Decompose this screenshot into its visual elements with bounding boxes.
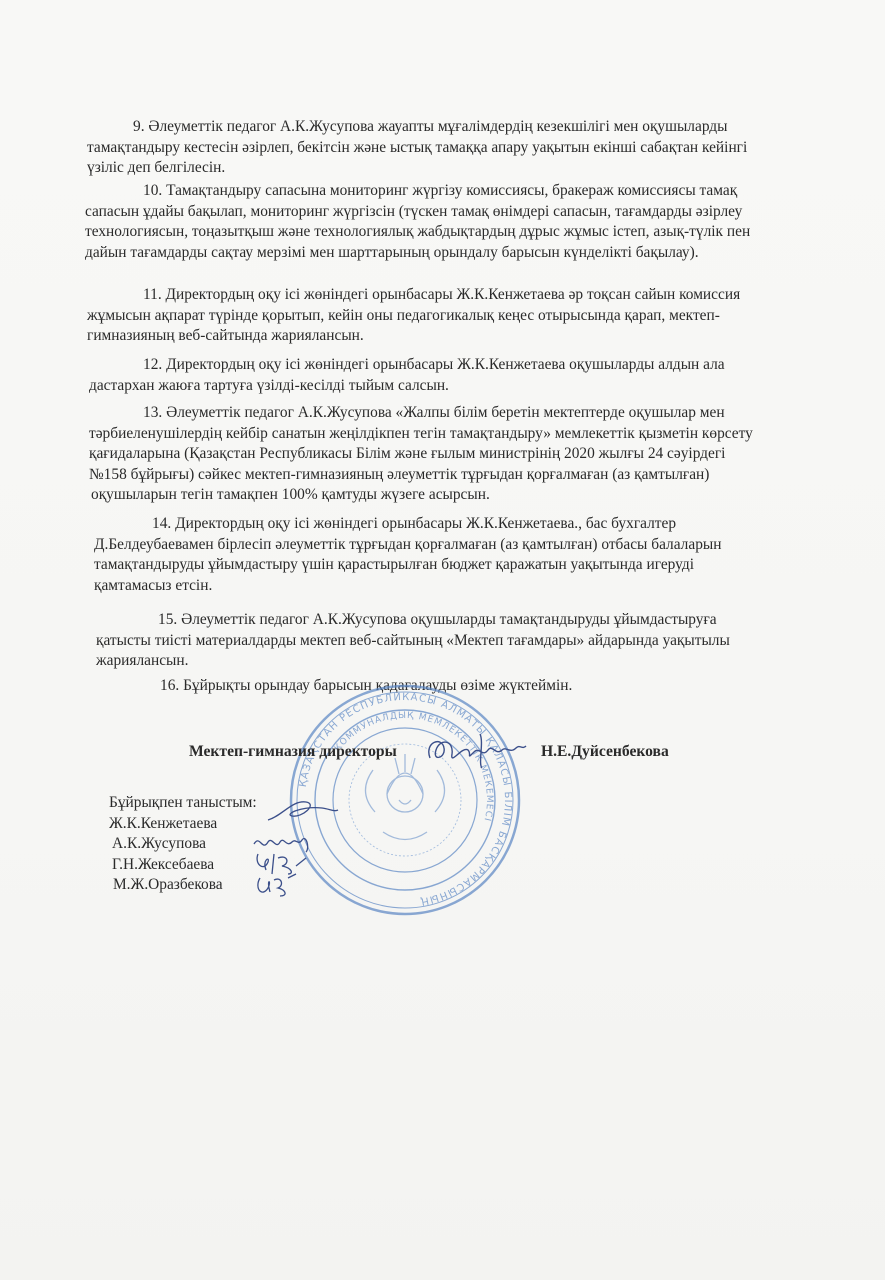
text-line: гимназияның веб-сайтында жариялансын. <box>87 326 740 347</box>
director-title: Мектеп-гимназия директоры <box>189 743 397 761</box>
text-line: 10. Тамақтандыру сапасына мониторинг жүр… <box>85 181 750 202</box>
text-line: тамақтандыру кестесін әзірлеп, бекітсін … <box>87 138 747 159</box>
text-line: тамақтандыруды ұйымдастыру үшін қарастыр… <box>94 555 721 576</box>
text-line: қамтамасыз етсін. <box>94 576 721 597</box>
acknowledgement-block: Бұйрықпен таныстым: Ж.К.Кенжетаева А.К.Ж… <box>109 793 257 896</box>
text-line: 13. Әлеуметтік педагог А.К.Жусупова «Жал… <box>89 403 753 424</box>
director-name: Н.Е.Дуйсенбекова <box>541 743 669 761</box>
acknowledged-name: Ж.К.Кенжетаева <box>109 814 257 835</box>
text-line: үзіліс деп белгілесін. <box>87 158 747 179</box>
signature-orazbekova <box>252 872 302 900</box>
text-line: жариялансын. <box>96 651 730 672</box>
text-line: дайын тағамдарды сақтау мерзімі мен шарт… <box>85 243 750 264</box>
order-item-10: 10. Тамақтандыру сапасына мониторинг жүр… <box>85 181 750 263</box>
text-line: 11. Директордың оқу ісі жөніндегі орынба… <box>87 285 740 306</box>
order-item-11: 11. Директордың оқу ісі жөніндегі орынба… <box>87 285 740 347</box>
text-line: технологиясын, тоңазытқыш және технологи… <box>85 222 750 243</box>
text-line: Д.Белдеубаевамен бірлесіп әлеуметтік тұр… <box>94 535 721 556</box>
text-line: оқушыларын тегін тамақпен 100% қамтуды ж… <box>89 485 753 506</box>
acknowledgement-heading: Бұйрықпен таныстым: <box>109 793 257 814</box>
text-line: 9. Әлеуметтік педагог А.К.Жусупова жауап… <box>87 117 747 138</box>
document-page: 9. Әлеуметтік педагог А.К.Жусупова жауап… <box>0 0 885 1280</box>
order-item-12: 12. Директордың оқу ісі жөніндегі орынба… <box>89 355 725 396</box>
order-item-14: 14. Директордың оқу ісі жөніндегі орынба… <box>94 514 721 596</box>
director-signature <box>422 728 532 772</box>
acknowledged-name: Г.Н.Жексебаева <box>109 855 257 876</box>
order-item-15: 15. Әлеуметтік педагог А.К.Жусупова оқуш… <box>96 610 730 672</box>
text-line: тәрбиеленушілердің кейбір санатын жеңілд… <box>89 424 753 445</box>
order-item-13: 13. Әлеуметтік педагог А.К.Жусупова «Жал… <box>89 403 753 506</box>
text-line: қатысты тиісті материалдарды мектеп веб-… <box>96 631 730 652</box>
signature-kenzhetaeva <box>262 796 342 826</box>
text-line: 12. Директордың оқу ісі жөніндегі орынба… <box>89 355 725 376</box>
text-line: 15. Әлеуметтік педагог А.К.Жусупова оқуш… <box>96 610 730 631</box>
order-item-9: 9. Әлеуметтік педагог А.К.Жусупова жауап… <box>87 117 747 179</box>
text-line: 14. Директордың оқу ісі жөніндегі орынба… <box>94 514 721 535</box>
text-line: №158 бұйрығы) сәйкес мектеп-гимназияның … <box>89 465 753 486</box>
text-line: жұмысын ақпарат түрінде қорытып, кейін о… <box>87 306 740 327</box>
text-line: сапасын ұдайы бақылап, мониторинг жүргіз… <box>85 202 750 223</box>
text-line: дастархан жаюға тартуға үзілді-кесілді т… <box>89 376 725 397</box>
text-line: қағидаларына (Қазақстан Республикасы Біл… <box>89 444 753 465</box>
acknowledged-name: А.К.Жусупова <box>109 834 257 855</box>
acknowledged-name: М.Ж.Оразбекова <box>109 875 257 896</box>
